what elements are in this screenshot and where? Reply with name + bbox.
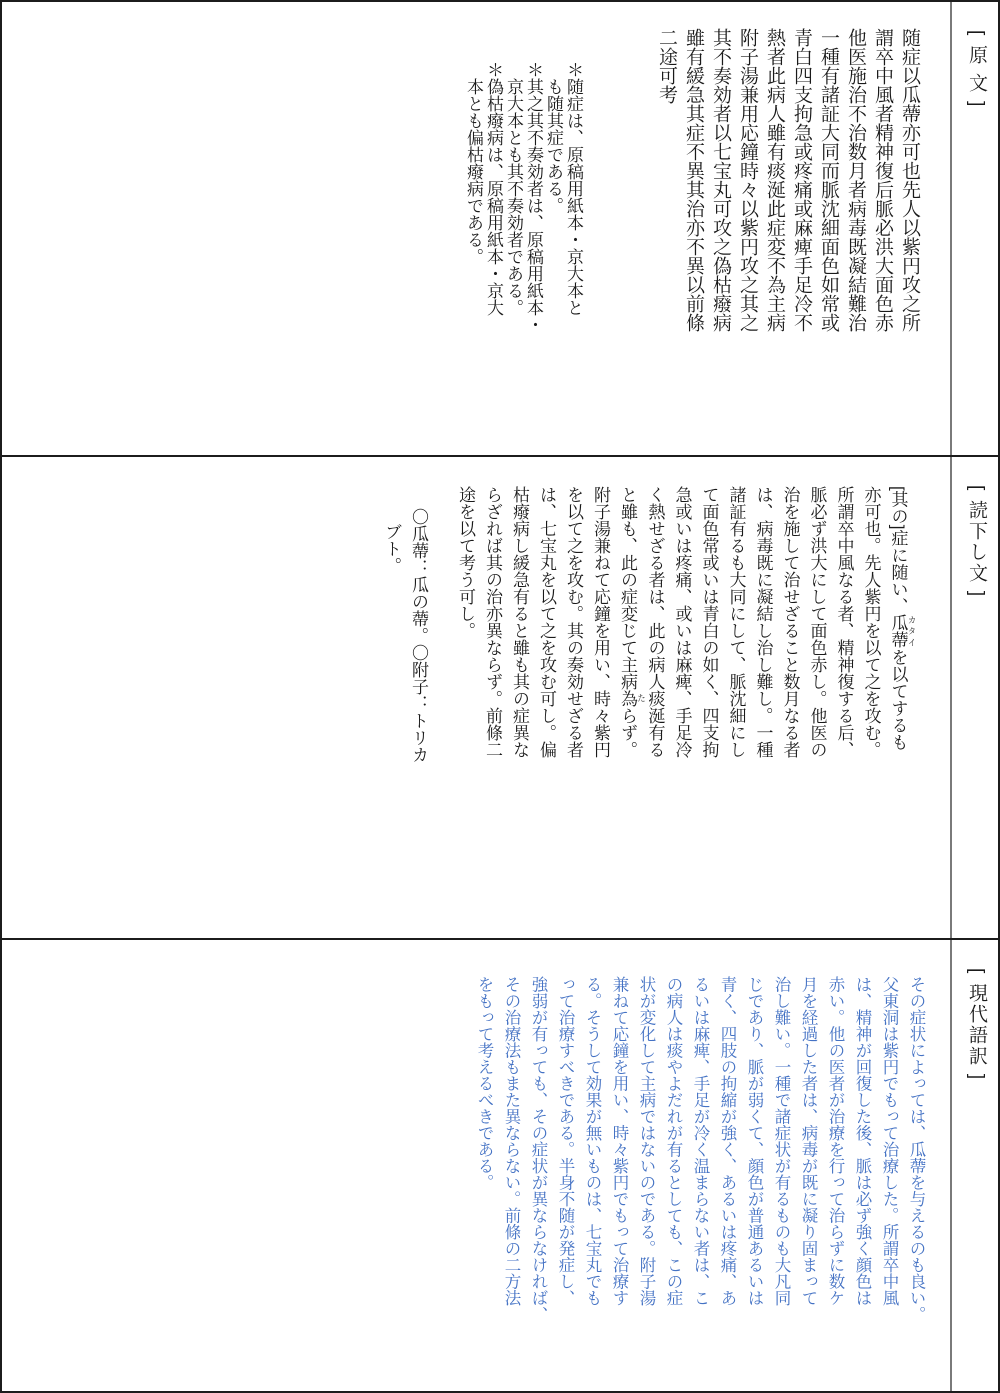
gendaigoyaku-label-column: [ 現代語訳 ] [950,940,998,1391]
genbun-text: 随症以瓜蔕亦可也先人以紫円攻之所 謂卒中風者精神復后脈必洪大面色赤 他医施治不治… [653,28,923,455]
ruby-katai-base: 瓜蔕 [889,614,908,648]
genbun-note-2: ＊其之其不奏効者は、原稿用紙本・ 京大本とも其不奏効者である。 [503,28,543,455]
yomikudashi-glossary-note: 〇瓜蔕：瓜の蔕。〇附子：トリカ ブト。 [378,486,432,938]
genbun-note-3: ＊偽枯癈病は、原稿用紙本・京大 本とも偏枯癈病である。 [463,28,503,455]
ruby-ta-text: た [637,690,647,707]
gendaigoyaku-content: その症状によっては、瓜蔕を与えるのも良い。 父東洞は紫円でもって治療した。所謂卒… [2,940,950,1391]
genbun-note-1: ＊随症は、原稿用紙本・京大本と も随其症である。 [543,28,583,455]
yomikudashi-label-column: [ 読下し文 ] [950,457,998,938]
gendaigoyaku-text: その症状によっては、瓜蔕を与えるのも良い。 父東洞は紫円でもって治療した。所謂卒… [470,976,929,1391]
ruby-ta: 為た [618,690,637,707]
genbun-label-column: [ 原 文 ] [950,2,998,455]
panel-gendaigoyaku: その症状によっては、瓜蔕を与えるのも良い。 父東洞は紫円でもって治療した。所謂卒… [2,940,998,1391]
yomikudashi-segment-3: らず。 附子湯兼ねて応鐘を用い、時々紫円 を以て之を攻む。其の奏効せざる者 は、… [456,486,637,758]
yomikudashi-segment-2: を以てするも 亦可也。先人紫円を以て之を攻む。 所謂卒中風なる者、精神復する后、… [618,486,908,758]
gendaigoyaku-section-label: [ 現代語訳 ] [954,940,998,1391]
document-page: 随症以瓜蔕亦可也先人以紫円攻之所 謂卒中風者精神復后脈必洪大面色赤 他医施治不治… [0,0,1000,1393]
genbun-content: 随症以瓜蔕亦可也先人以紫円攻之所 謂卒中風者精神復后脈必洪大面色赤 他医施治不治… [2,2,950,455]
yomikudashi-segment-1: [其の]症に随い、 [889,486,908,614]
ruby-katai-text: カタイ [907,614,917,648]
ruby-ta-base: 為 [618,690,637,707]
yomikudashi-section-label: [ 読下し文 ] [954,457,998,938]
yomikudashi-content: [其の]症に随い、瓜蔕カタイを以てするも 亦可也。先人紫円を以て之を攻む。 所謂… [2,457,950,938]
panel-yomikudashi: [其の]症に随い、瓜蔕カタイを以てするも 亦可也。先人紫円を以て之を攻む。 所謂… [2,457,998,940]
ruby-katai: 瓜蔕カタイ [889,614,908,648]
panel-genbun: 随症以瓜蔕亦可也先人以紫円攻之所 謂卒中風者精神復后脈必洪大面色赤 他医施治不治… [2,2,998,457]
yomikudashi-text: [其の]症に随い、瓜蔕カタイを以てするも 亦可也。先人紫円を以て之を攻む。 所謂… [452,486,917,938]
genbun-section-label: [ 原 文 ] [954,2,998,455]
